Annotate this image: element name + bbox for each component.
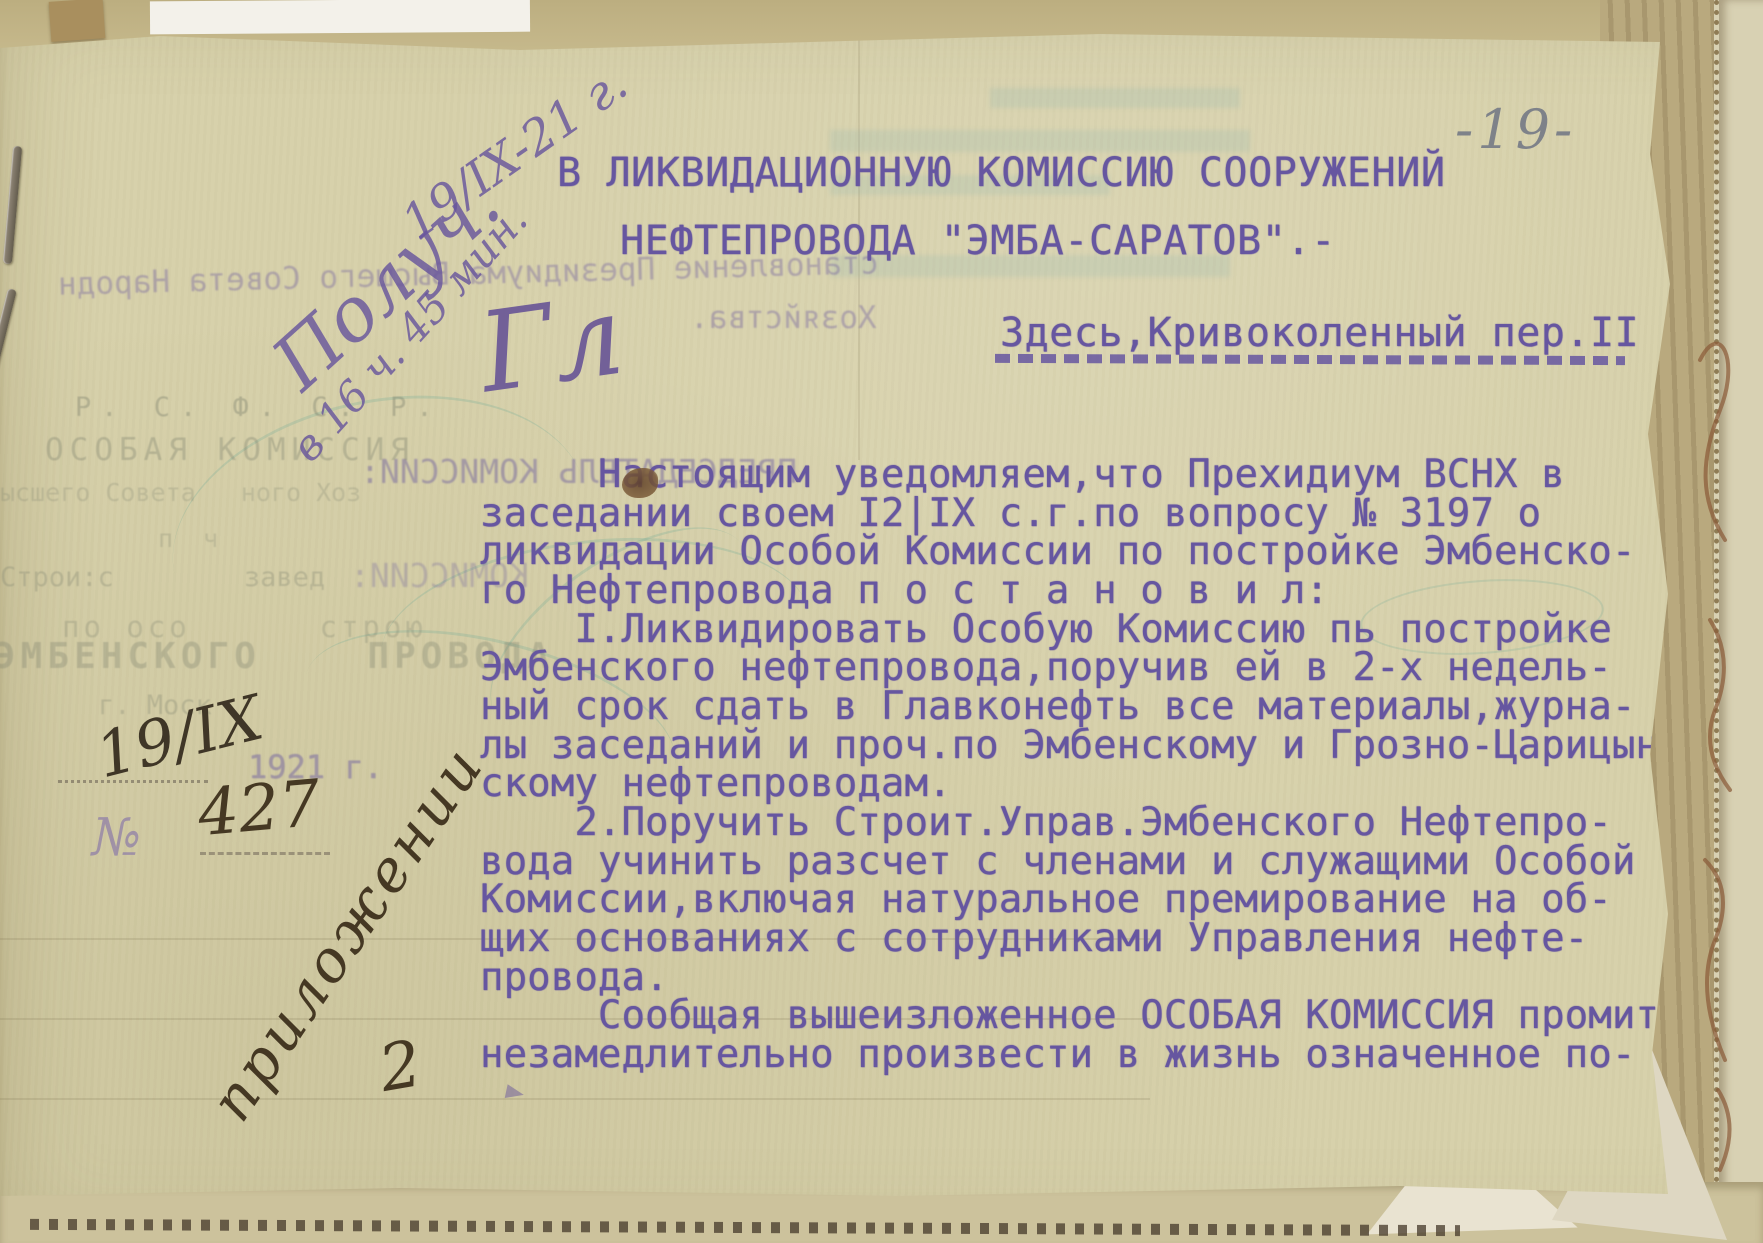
paper-scrap	[49, 0, 106, 42]
document-title-line1: В ЛИКВИДАЦИОННУЮ КОМИССИЮ СООРУЖЕНИЙ	[557, 150, 1446, 196]
stamp-rsfsr: Р. С. Ф. С. Р.	[75, 392, 443, 423]
body-line: Комиссии,включая натуральное премировани…	[480, 880, 1612, 919]
body-line: ликвидации Особой Комиссии по постройке …	[480, 532, 1635, 571]
body-line: ный срок сдать в Главконефть все материа…	[480, 687, 1635, 726]
brown-ink-squiggles	[1678, 300, 1763, 1200]
stamp-emben: ЭМБЕНСКОГО ПРОВОДА	[0, 636, 554, 677]
stamp-stroit: Строи:с завед	[0, 562, 325, 593]
ink-blot	[622, 468, 658, 498]
body-line: незамедлительно произвести в жизнь означ…	[480, 1035, 1635, 1074]
body-line: провода.	[480, 958, 669, 997]
stamp-fragment: п ч	[158, 524, 218, 553]
stamp-council: ысшего Совета ного Хоз	[0, 478, 361, 507]
body-line: 2.Поручить Строит.Управ.Эмбенского Нефте…	[480, 803, 1612, 842]
address-line: Здесь,Кривоколенный пер.II	[1000, 310, 1639, 356]
body-line: Сообщая вышеизложенное ОСОБАЯ КОМИССИЯ п…	[480, 996, 1659, 1035]
number-sign: №	[92, 808, 141, 868]
dashed-line	[200, 852, 330, 855]
body-line: вода учинить разсчет с членами и служащи…	[480, 842, 1635, 881]
body-line: I.Ликвидировать Особую Комиссию пь постр…	[480, 610, 1612, 649]
body-line: заседании своем I2|IX с.г.по вопросу № 3…	[480, 494, 1541, 533]
body-line: щих основаниях с сотрудниками Управления…	[480, 919, 1588, 958]
archival-document-photo: становление Президиума Высшего Совета На…	[0, 0, 1763, 1243]
document-sheet: становление Президиума Высшего Совета На…	[0, 0, 1763, 1243]
dotted-line	[58, 780, 208, 783]
page-number: -19-	[1455, 98, 1576, 161]
body-line: скому нефтепроводам.	[480, 764, 952, 803]
faded-ghost-line	[990, 88, 1240, 108]
body-line: го Нефтепровода п о с т а н о в и л:	[480, 571, 1329, 610]
bleed-through-line: Хозяйства.	[690, 300, 877, 336]
stamp-commission: ОСОБАЯ КОМИССИЯ	[45, 432, 415, 468]
background-white-gap	[150, 0, 530, 34]
faded-ghost-line	[830, 130, 1250, 152]
rule-line	[0, 1098, 1150, 1100]
body-line: Эмбенского нефтепровода,поручив ей в 2-х…	[480, 648, 1612, 687]
number-value-handwriting: 427	[195, 767, 323, 851]
document-title-line2: НЕФТЕПРОВОДА "ЭМБА-САРАТОВ".-	[620, 218, 1336, 264]
body-line: лы заседаний и проч.по Эмбенскому и Гроз…	[480, 726, 1659, 765]
signature-flourish: Гл	[472, 271, 631, 418]
